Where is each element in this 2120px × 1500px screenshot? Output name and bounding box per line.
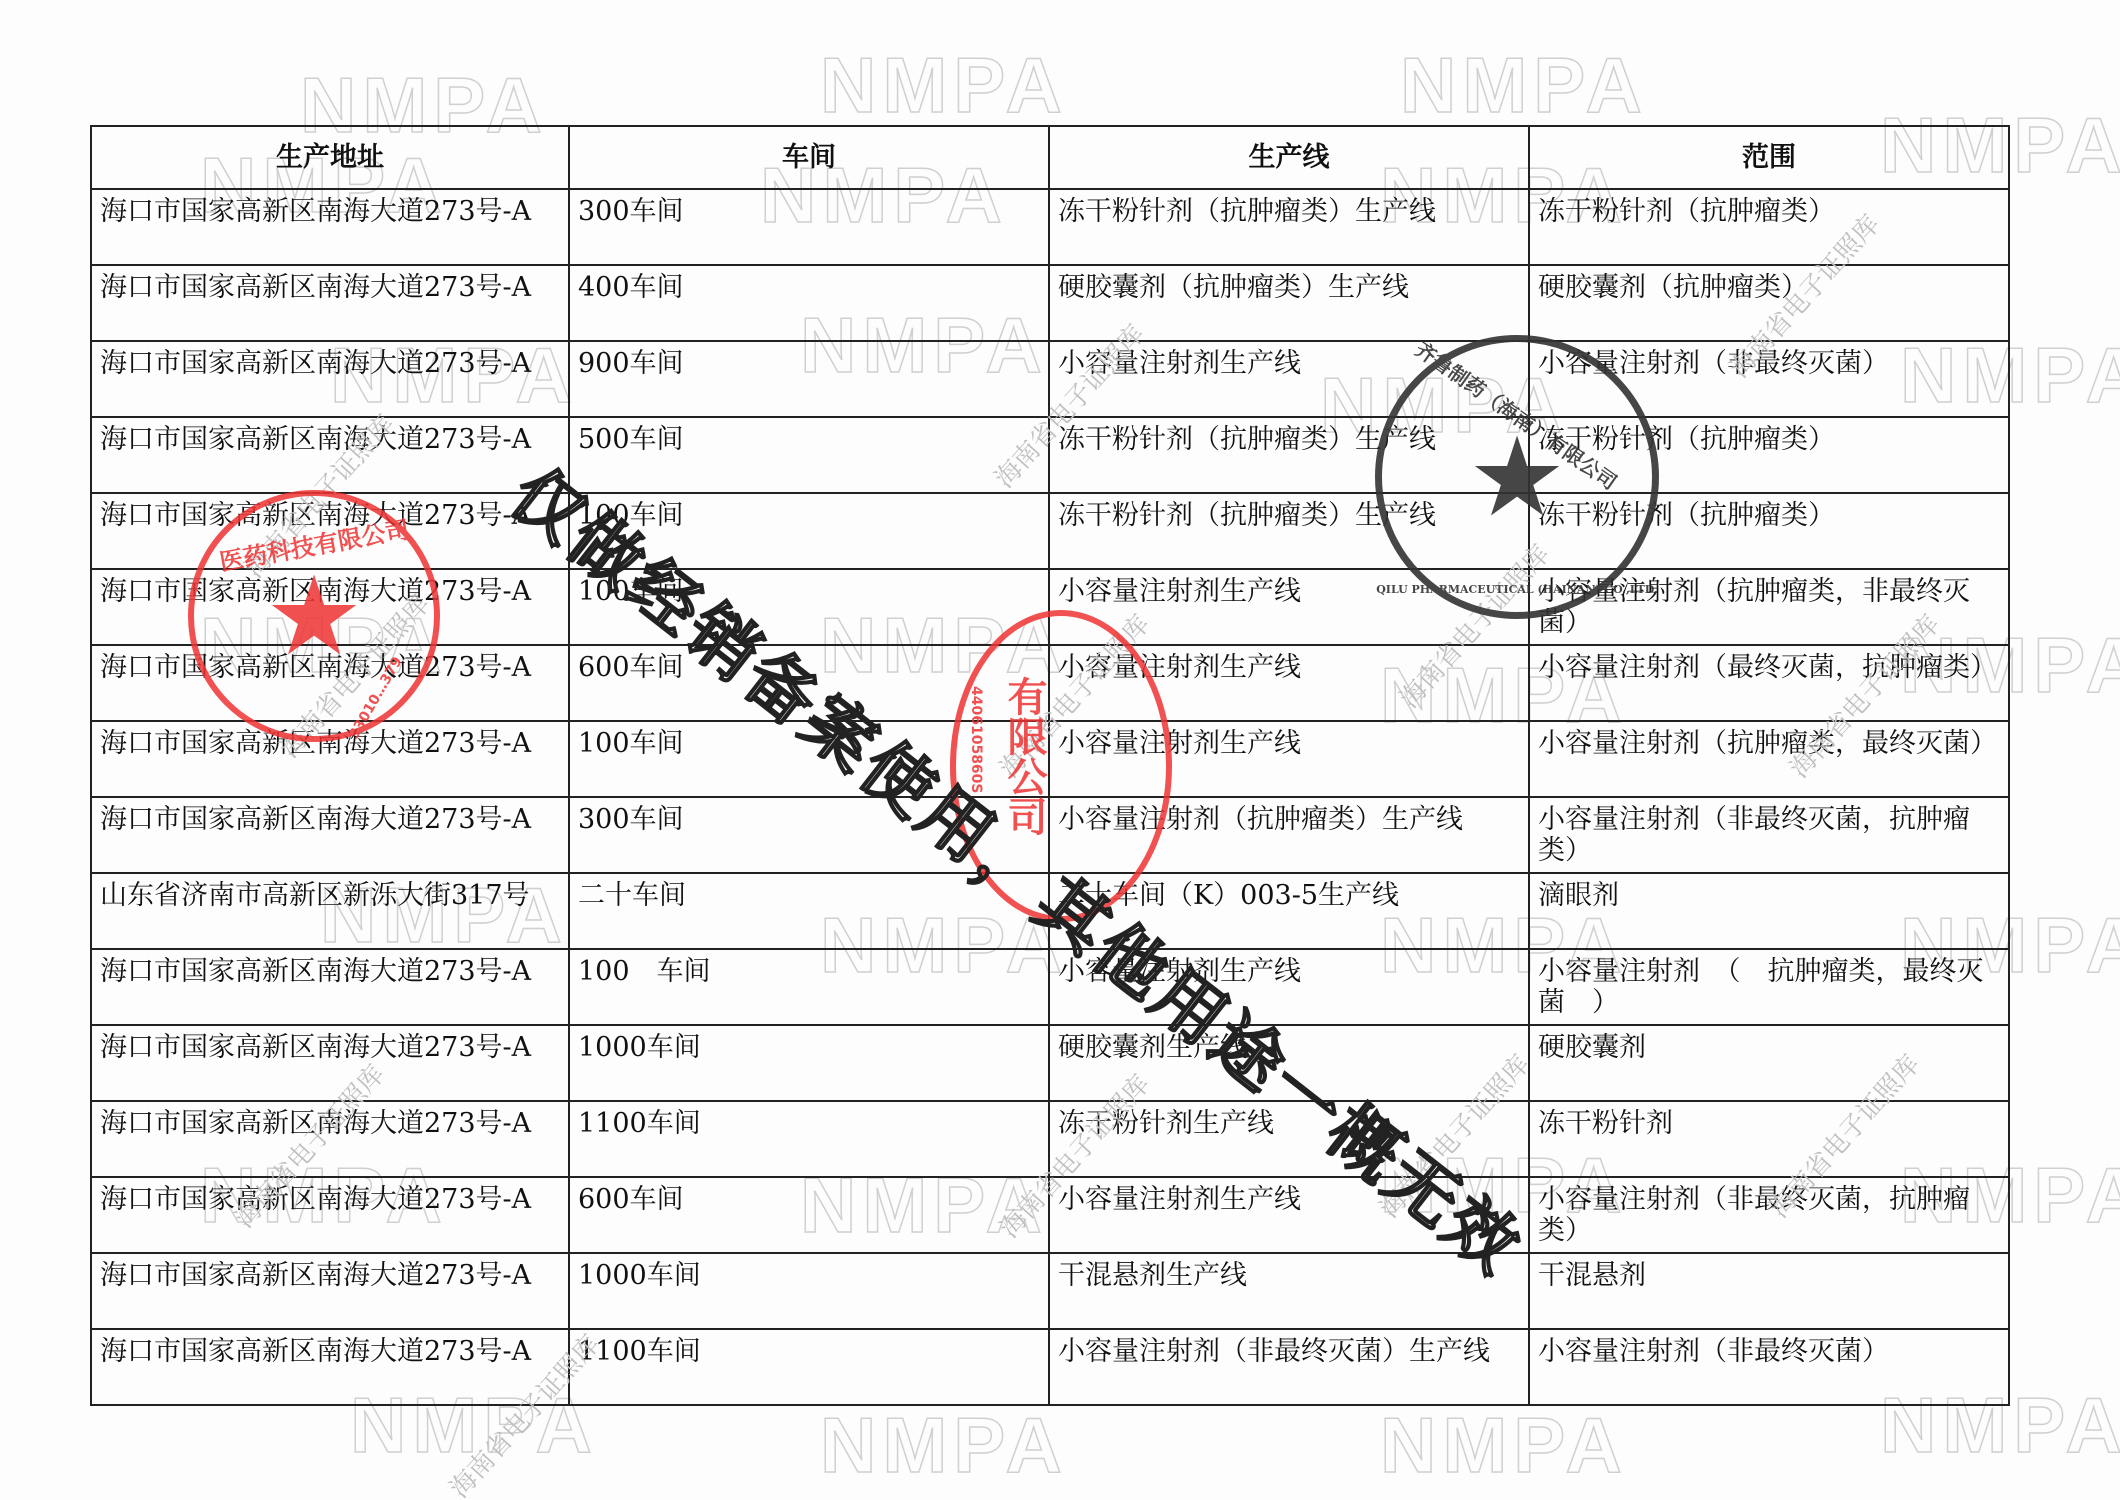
address-cell: 海口市国家高新区南海大道273号-A: [91, 797, 569, 873]
production-line-cell: 小容量注射剂生产线: [1049, 341, 1529, 417]
table-row: 海口市国家高新区南海大道273号-A1100车间小容量注射剂（非最终灭菌）生产线…: [91, 1329, 2009, 1405]
scope-cell: 冻干粉针剂（抗肿瘤类）: [1529, 417, 2009, 493]
address-cell: 山东省济南市高新区新泺大街317号: [91, 873, 569, 949]
scope-cell: 冻干粉针剂: [1529, 1101, 2009, 1177]
workshop-cell: 100车间: [569, 569, 1049, 645]
table-row: 海口市国家高新区南海大道273号-A600车间小容量注射剂生产线小容量注射剂（非…: [91, 1177, 2009, 1253]
scope-cell: 小容量注射剂（非最终灭菌）: [1529, 1329, 2009, 1405]
address-cell: 海口市国家高新区南海大道273号-A: [91, 1101, 569, 1177]
address-cell: 海口市国家高新区南海大道273号-A: [91, 1025, 569, 1101]
table-header-row: 生产地址 车间 生产线 范围: [91, 126, 2009, 189]
header-production-line: 生产线: [1049, 126, 1529, 189]
address-cell: 海口市国家高新区南海大道273号-A: [91, 341, 569, 417]
nmpa-watermark: NMPA: [820, 40, 1068, 131]
table-row: 海口市国家高新区南海大道273号-A900车间小容量注射剂生产线小容量注射剂（非…: [91, 341, 2009, 417]
table-row: 海口市国家高新区南海大道273号-A400车间硬胶囊剂（抗肿瘤类）生产线硬胶囊剂…: [91, 265, 2009, 341]
production-line-cell: 小容量注射剂（非最终灭菌）生产线: [1049, 1329, 1529, 1405]
production-line-cell: 冻干粉针剂（抗肿瘤类）生产线: [1049, 189, 1529, 265]
table-row: 海口市国家高新区南海大道273号-A1100车间冻干粉针剂生产线冻干粉针剂: [91, 1101, 2009, 1177]
nmpa-watermark: NMPA: [1400, 40, 1648, 131]
scope-cell: 冻干粉针剂（抗肿瘤类）: [1529, 493, 2009, 569]
scope-cell: 滴眼剂: [1529, 873, 2009, 949]
scope-cell: 硬胶囊剂: [1529, 1025, 2009, 1101]
address-cell: 海口市国家高新区南海大道273号-A: [91, 417, 569, 493]
production-scope-table: 生产地址 车间 生产线 范围 海口市国家高新区南海大道273号-A300车间冻干…: [90, 125, 2010, 1406]
workshop-cell: 100车间: [569, 721, 1049, 797]
address-cell: 海口市国家高新区南海大道273号-A: [91, 1253, 569, 1329]
scope-cell: 小容量注射剂 （ 抗肿瘤类，最终灭菌 ）: [1529, 949, 2009, 1025]
scope-cell: 小容量注射剂（非最终灭菌）: [1529, 341, 2009, 417]
workshop-cell: 300车间: [569, 797, 1049, 873]
production-line-cell: 硬胶囊剂（抗肿瘤类）生产线: [1049, 265, 1529, 341]
workshop-cell: 900车间: [569, 341, 1049, 417]
table-row: 山东省济南市高新区新泺大街317号二十车间二十车间（K）003-5生产线滴眼剂: [91, 873, 2009, 949]
table-row: 海口市国家高新区南海大道273号-A500车间冻干粉针剂（抗肿瘤类）生产线冻干粉…: [91, 417, 2009, 493]
table-row: 海口市国家高新区南海大道273号-A100车间小容量注射剂生产线小容量注射剂（抗…: [91, 721, 2009, 797]
address-cell: 海口市国家高新区南海大道273号-A: [91, 1329, 569, 1405]
production-line-cell: 冻干粉针剂生产线: [1049, 1101, 1529, 1177]
address-cell: 海口市国家高新区南海大道273号-A: [91, 265, 569, 341]
production-line-cell: 冻干粉针剂（抗肿瘤类）生产线: [1049, 417, 1529, 493]
workshop-cell: 100 车间: [569, 949, 1049, 1025]
production-line-cell: 小容量注射剂（抗肿瘤类）生产线: [1049, 797, 1529, 873]
header-scope: 范围: [1529, 126, 2009, 189]
table-row: 海口市国家高新区南海大道273号-A300车间冻干粉针剂（抗肿瘤类）生产线冻干粉…: [91, 189, 2009, 265]
scope-cell: 小容量注射剂（非最终灭菌，抗肿瘤类）: [1529, 1177, 2009, 1253]
workshop-cell: 400车间: [569, 265, 1049, 341]
workshop-cell: 1000车间: [569, 1253, 1049, 1329]
workshop-cell: 1100车间: [569, 1101, 1049, 1177]
production-line-cell: 小容量注射剂生产线: [1049, 721, 1529, 797]
scope-cell: 小容量注射剂（抗肿瘤类，非最终灭菌）: [1529, 569, 2009, 645]
address-cell: 海口市国家高新区南海大道273号-A: [91, 721, 569, 797]
scope-cell: 小容量注射剂（抗肿瘤类，最终灭菌）: [1529, 721, 2009, 797]
scope-cell: 硬胶囊剂（抗肿瘤类）: [1529, 265, 2009, 341]
scope-cell: 干混悬剂: [1529, 1253, 2009, 1329]
address-cell: 海口市国家高新区南海大道273号-A: [91, 1177, 569, 1253]
address-cell: 海口市国家高新区南海大道273号-A: [91, 189, 569, 265]
license-page: NMPANMPANMPANMPANMPANMPANMPANMPANMPANMPA…: [0, 0, 2120, 1500]
table-row: 海口市国家高新区南海大道273号-A100 车间小容量注射剂生产线小容量注射剂 …: [91, 949, 2009, 1025]
scope-cell: 冻干粉针剂（抗肿瘤类）: [1529, 189, 2009, 265]
table-row: 海口市国家高新区南海大道273号-A100车间冻干粉针剂（抗肿瘤类）生产线冻干粉…: [91, 493, 2009, 569]
table-row: 海口市国家高新区南海大道273号-A1000车间硬胶囊剂生产线硬胶囊剂: [91, 1025, 2009, 1101]
table-row: 海口市国家高新区南海大道273号-A1000车间干混悬剂生产线干混悬剂: [91, 1253, 2009, 1329]
scope-cell: 小容量注射剂（最终灭菌，抗肿瘤类）: [1529, 645, 2009, 721]
workshop-cell: 100车间: [569, 493, 1049, 569]
production-line-cell: 冻干粉针剂（抗肿瘤类）生产线: [1049, 493, 1529, 569]
address-cell: 海口市国家高新区南海大道273号-A: [91, 949, 569, 1025]
production-line-cell: 小容量注射剂生产线: [1049, 1177, 1529, 1253]
workshop-cell: 二十车间: [569, 873, 1049, 949]
workshop-cell: 1100车间: [569, 1329, 1049, 1405]
table-row: 海口市国家高新区南海大道273号-A300车间小容量注射剂（抗肿瘤类）生产线小容…: [91, 797, 2009, 873]
workshop-cell: 1000车间: [569, 1025, 1049, 1101]
production-line-cell: 小容量注射剂生产线: [1049, 645, 1529, 721]
header-address: 生产地址: [91, 126, 569, 189]
production-line-cell: 干混悬剂生产线: [1049, 1253, 1529, 1329]
table-row: 海口市国家高新区南海大道273号-A600车间小容量注射剂生产线小容量注射剂（最…: [91, 645, 2009, 721]
address-cell: 海口市国家高新区南海大道273号-A: [91, 645, 569, 721]
header-workshop: 车间: [569, 126, 1049, 189]
production-line-cell: 二十车间（K）003-5生产线: [1049, 873, 1529, 949]
table-row: 海口市国家高新区南海大道273号-A100车间小容量注射剂生产线小容量注射剂（抗…: [91, 569, 2009, 645]
workshop-cell: 600车间: [569, 645, 1049, 721]
workshop-cell: 300车间: [569, 189, 1049, 265]
nmpa-watermark: NMPA: [1380, 1400, 1628, 1491]
nmpa-watermark: NMPA: [820, 1400, 1068, 1491]
address-cell: 海口市国家高新区南海大道273号-A: [91, 569, 569, 645]
scope-cell: 小容量注射剂（非最终灭菌，抗肿瘤类）: [1529, 797, 2009, 873]
production-line-cell: 硬胶囊剂生产线: [1049, 1025, 1529, 1101]
address-cell: 海口市国家高新区南海大道273号-A: [91, 493, 569, 569]
workshop-cell: 500车间: [569, 417, 1049, 493]
production-line-cell: 小容量注射剂生产线: [1049, 949, 1529, 1025]
production-line-cell: 小容量注射剂生产线: [1049, 569, 1529, 645]
workshop-cell: 600车间: [569, 1177, 1049, 1253]
